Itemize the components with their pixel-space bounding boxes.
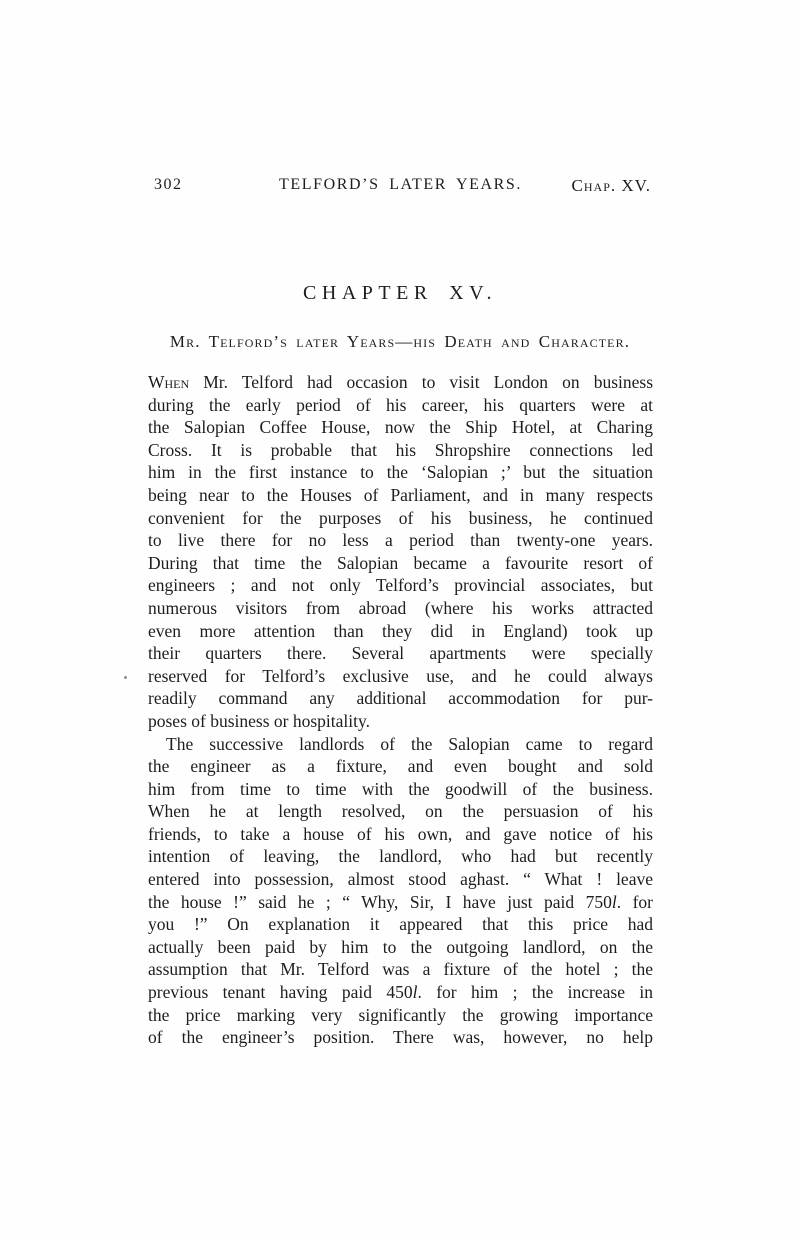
text-line: friends, to take a house of his own, and…: [148, 823, 653, 846]
chapter-heading: CHAPTER XV.: [0, 282, 800, 305]
text-line: previous tenant having paid 450l. for hi…: [148, 981, 653, 1004]
margin-speck: [124, 676, 127, 679]
text-line: their quarters there. Several apartments…: [148, 642, 653, 665]
text-line: to live there for no less a period than …: [148, 529, 653, 552]
text-line: the engineer as a fixture, and even boug…: [148, 755, 653, 778]
chapter-reference: Chap. XV.: [572, 176, 651, 196]
text-line: readily command any additional accommoda…: [148, 687, 653, 710]
text-line: entered into possession, almost stood ag…: [148, 868, 653, 891]
text-line: being near to the Houses of Parliament, …: [148, 484, 653, 507]
text-line: the Salopian Coffee House, now the Ship …: [148, 416, 653, 439]
text-line: him from time to time with the goodwill …: [148, 778, 653, 801]
text-line: assumption that Mr. Telford was a fixtur…: [148, 958, 653, 981]
page-header: 302 TELFORD’S LATER YEARS. Chap. XV.: [148, 176, 653, 198]
text-line: poses of business or hospitality.: [148, 710, 653, 733]
chapter-subtitle: Mr. Telford’s later Years—his Death and …: [0, 332, 800, 352]
text-line: The successive landlords of the Salopian…: [148, 733, 653, 756]
text-line: intention of leaving, the landlord, who …: [148, 845, 653, 868]
text-line: the price marking very significantly the…: [148, 1004, 653, 1027]
running-title: TELFORD’S LATER YEARS.: [279, 176, 522, 194]
body-text: When Mr. Telford had occasion to visit L…: [148, 371, 653, 1049]
page-number: 302: [154, 176, 183, 194]
paragraph: When Mr. Telford had occasion to visit L…: [148, 371, 653, 733]
text-line: him in the first instance to the ‘Salopi…: [148, 461, 653, 484]
text-line: convenient for the purposes of his busin…: [148, 507, 653, 530]
text-line: During that time the Salopian became a f…: [148, 552, 653, 575]
text-line: When Mr. Telford had occasion to visit L…: [148, 371, 653, 394]
text-line: the house !” said he ; “ Why, Sir, I hav…: [148, 891, 653, 914]
text-line: Cross. It is probable that his Shropshir…: [148, 439, 653, 462]
text-line: engineers ; and not only Telford’s provi…: [148, 574, 653, 597]
text-line: of the engineer’s position. There was, h…: [148, 1026, 653, 1049]
text-line: during the early period of his career, h…: [148, 394, 653, 417]
text-line: even more attention than they did in Eng…: [148, 620, 653, 643]
paragraph: The successive landlords of the Salopian…: [148, 733, 653, 1049]
smallcaps-lead-word: When: [148, 372, 189, 392]
text-line: numerous visitors from abroad (where his…: [148, 597, 653, 620]
text-line: reserved for Telford’s exclusive use, an…: [148, 665, 653, 688]
scanned-page: 302 TELFORD’S LATER YEARS. Chap. XV. CHA…: [0, 0, 800, 1237]
text-line: you !” On explanation it appeared that t…: [148, 913, 653, 936]
text-line: When he at length resolved, on the persu…: [148, 800, 653, 823]
text-line: actually been paid by him to the outgoin…: [148, 936, 653, 959]
